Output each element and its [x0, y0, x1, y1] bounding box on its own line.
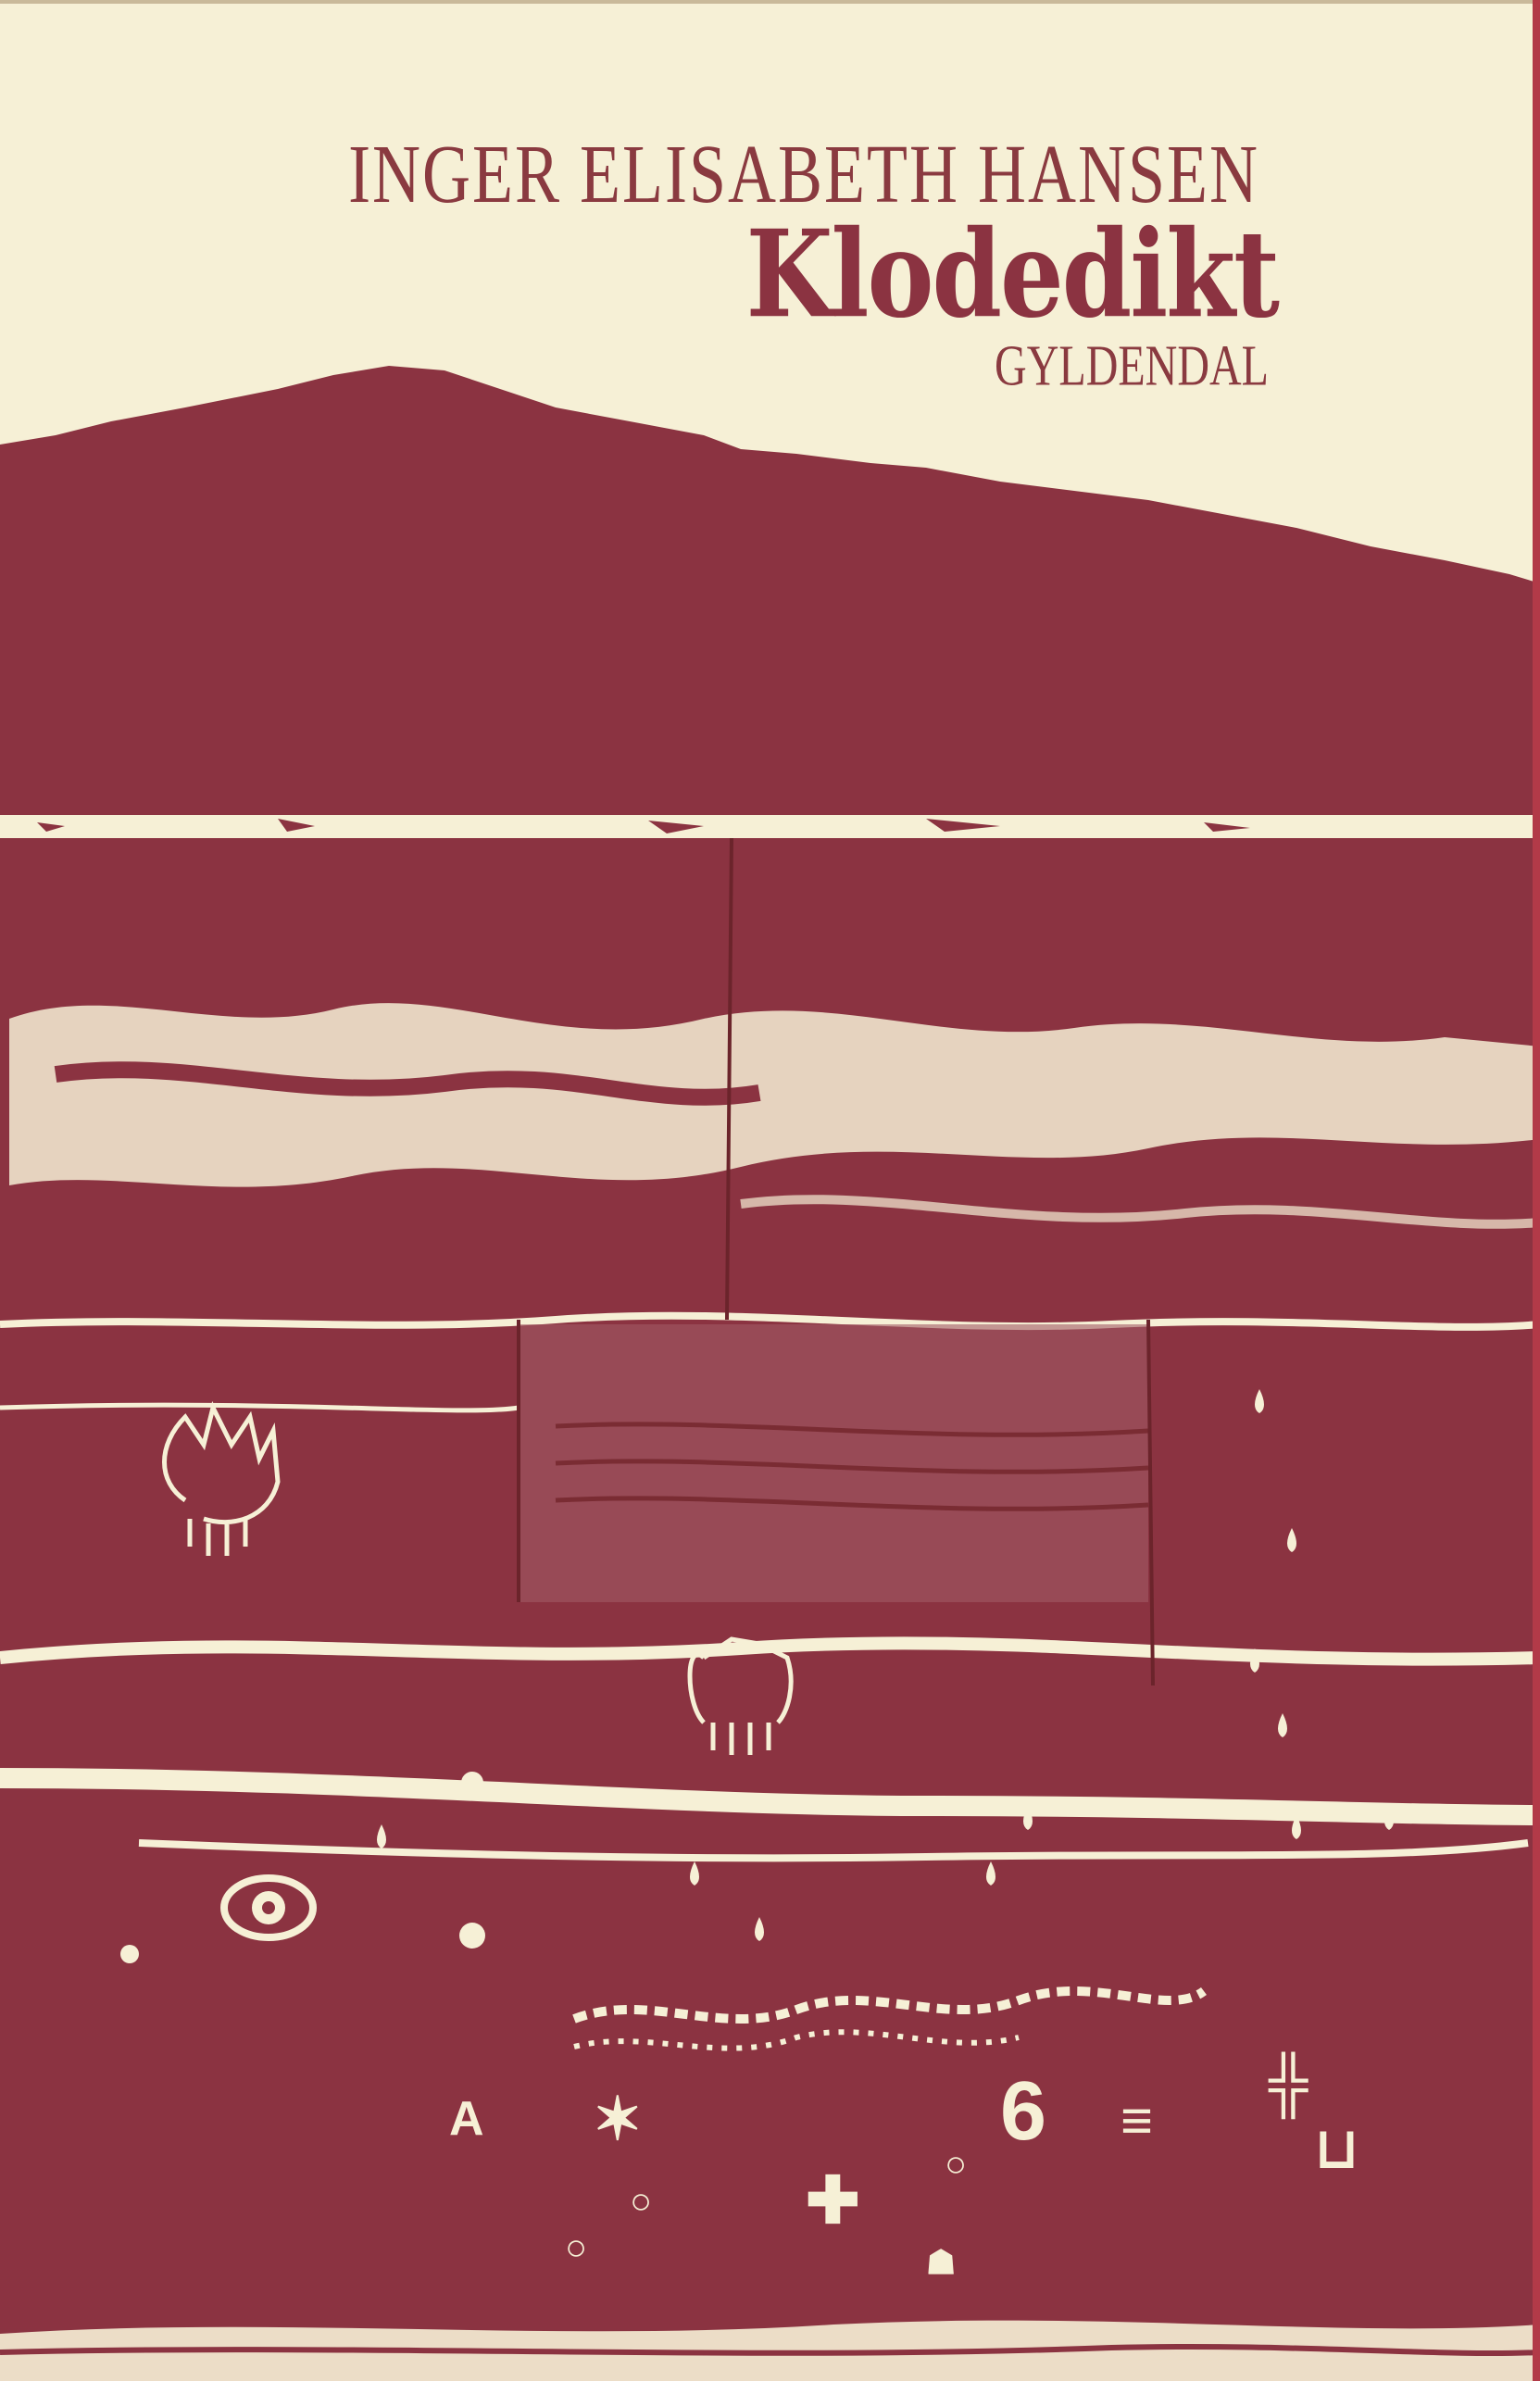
- cover-artwork: A ✶ ✚ 6 ≡ ╬ ⊔ ○ ○ ○ ☗: [0, 0, 1540, 2381]
- author-name: INGER ELISABETH HANSEN: [347, 132, 1259, 216]
- svg-text:○: ○: [565, 2227, 587, 2268]
- cross-icon: ✚: [806, 2164, 860, 2237]
- spiral-icon: 6: [1000, 2065, 1046, 2158]
- svg-text:≡: ≡: [1121, 2089, 1153, 2151]
- svg-text:○: ○: [630, 2181, 652, 2222]
- svg-text:╬: ╬: [1268, 2051, 1309, 2120]
- mountain-silhouette: [0, 366, 1540, 815]
- cover-edge-right: [1533, 0, 1540, 2381]
- book-title: Klodedikt: [463, 215, 1278, 335]
- svg-text:☗: ☗: [926, 2243, 956, 2281]
- svg-text:○: ○: [945, 2144, 967, 2185]
- svg-text:⊔: ⊔: [1315, 2117, 1358, 2179]
- book-cover: A ✶ ✚ 6 ≡ ╬ ⊔ ○ ○ ○ ☗ INGER ELISABETH HA…: [0, 0, 1540, 2381]
- letter-a-symbol: A: [449, 2092, 484, 2146]
- star-icon: ✶: [593, 2086, 643, 2152]
- publisher-name: GYLDENDAL: [833, 338, 1269, 395]
